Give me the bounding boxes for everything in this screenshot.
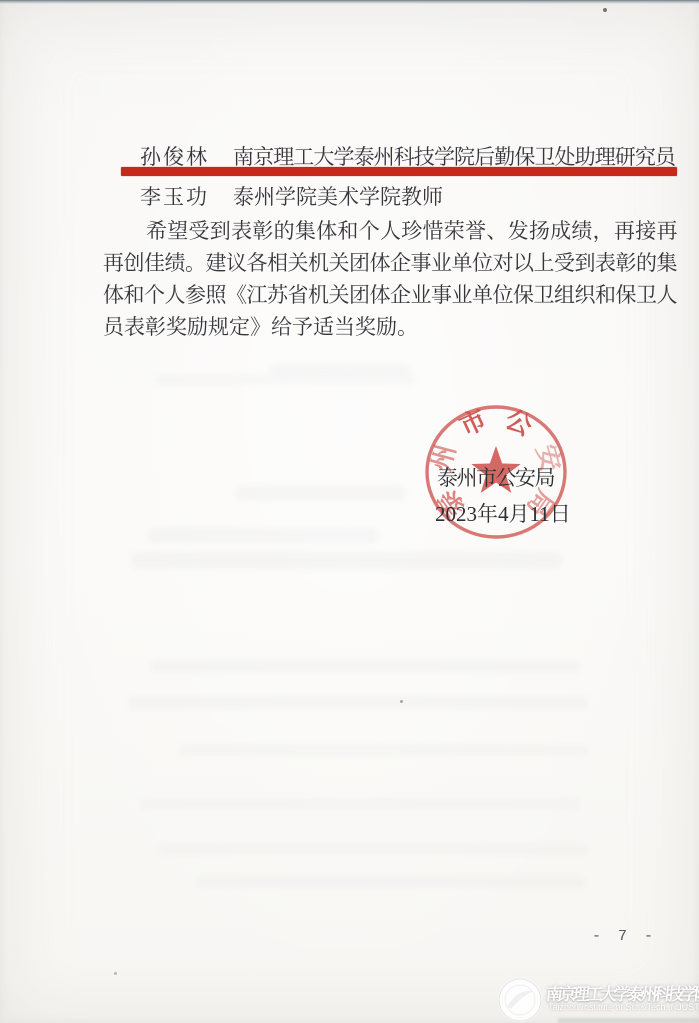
awardee-name: 李玉功: [140, 181, 209, 211]
paragraph-line: 希望受到表彰的集体和个人珍惜荣誉、发扬成绩，再接再厉、: [146, 215, 677, 242]
bleedthrough-band: [132, 552, 562, 569]
page-number: - 7 -: [592, 928, 657, 945]
bleedthrough-band: [155, 375, 415, 385]
watermark-en-text: Taizhou Institute of Sci.&Tech.,NJUST.: [548, 1002, 698, 1012]
emphasis-underline: [121, 167, 677, 176]
scan-edge-bottom: [558, 1018, 699, 1023]
paragraph-line: 员表彰奖励规定》给予适当奖励。: [103, 311, 677, 338]
bleedthrough-band: [196, 876, 586, 888]
paragraph-line: 体和个人参照《江苏省机关团体企业事业单位保卫组织和保卫人: [103, 279, 677, 306]
agency-name: 泰州市公安局: [437, 462, 554, 492]
issue-date: 2023年4月11日: [435, 498, 571, 528]
scan-speck: [114, 972, 117, 975]
awardee-affiliation: 泰州学院美术学院教师: [233, 181, 443, 211]
bleedthrough-band: [128, 696, 588, 709]
scanned-document-page: 孙俊林 南京理工大学泰州科技学院后勤保卫处助理研究员 李玉功 泰州学院美术学院教…: [0, 0, 699, 1023]
bleedthrough-band: [148, 528, 378, 543]
bleedthrough-band: [236, 486, 406, 500]
seal-arc-char: 市: [455, 404, 491, 441]
bleedthrough-band: [178, 744, 588, 756]
awardee-affiliation: 南京理工大学泰州科技学院后勤保卫处助理研究员: [233, 141, 675, 167]
bleedthrough-band: [158, 843, 588, 855]
scan-speck: [603, 8, 607, 12]
paragraph-line: 再创佳绩。建议各相关机关团体企事业单位对以上受到表彰的集: [103, 247, 677, 274]
scan-edge-top: [0, 0, 699, 4]
bleedthrough-band: [150, 660, 580, 673]
seal-arc-char: 公: [501, 404, 537, 441]
school-logo-icon: [497, 977, 543, 1023]
watermark: 南京理工大学泰州科技学院 Taizhou Institute of Sci.&T…: [497, 975, 699, 1023]
bleedthrough-band: [140, 798, 580, 810]
